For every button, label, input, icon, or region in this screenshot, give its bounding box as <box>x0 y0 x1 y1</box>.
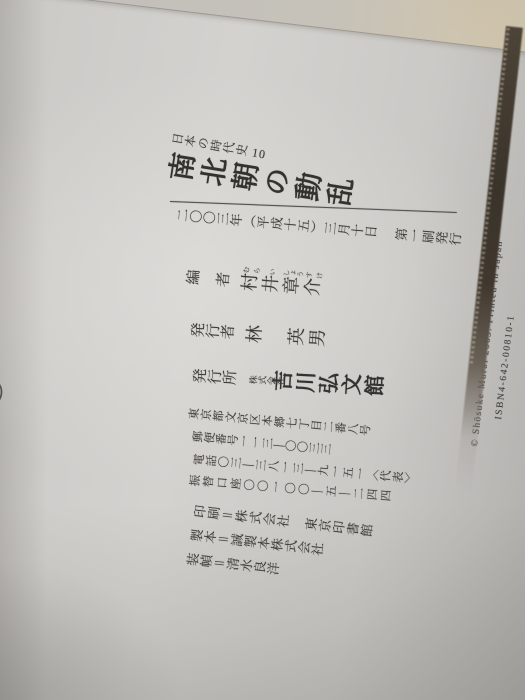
corporation-type: 株式会社 <box>248 375 270 386</box>
binding-designer-line: 装幀＝清水良洋 <box>185 550 281 580</box>
office-label: 発行所 <box>191 369 237 387</box>
spacer <box>230 282 240 283</box>
publisher-line: 発行所株式会社吉川弘文館 <box>191 362 387 402</box>
book-edge-strip <box>454 26 522 495</box>
editor-line: 編 者村むら井い章しょう介すけ <box>184 261 325 302</box>
edition-date-line: 二〇〇三年（平成十五）三月十日 第一刷発行 <box>175 206 463 250</box>
editor-name: 村むら井い章しょう介すけ <box>239 272 324 299</box>
page-stack-texture <box>470 28 510 365</box>
issuer-label: 発行者 <box>189 323 235 342</box>
cut-off-parenthesis: ） <box>0 372 23 414</box>
vignette-overlay <box>0 0 525 700</box>
spacer <box>237 379 247 380</box>
editor-label: 編 者 <box>184 270 230 289</box>
issuer-name: 林 英男 <box>244 324 329 349</box>
spacer <box>235 334 245 335</box>
page-top-edge-band <box>0 0 525 62</box>
publisher-person-line: 発行者林 英男 <box>189 318 329 352</box>
publisher-name: 吉川弘文館 <box>271 369 387 399</box>
isbn-line: ISBN4-642-00810-1 <box>494 314 517 420</box>
book-colophon-photo: ） 日本の時代史 10 南北朝の動乱 二〇〇三年（平成十五）三月十日 第一刷発行… <box>0 0 525 700</box>
